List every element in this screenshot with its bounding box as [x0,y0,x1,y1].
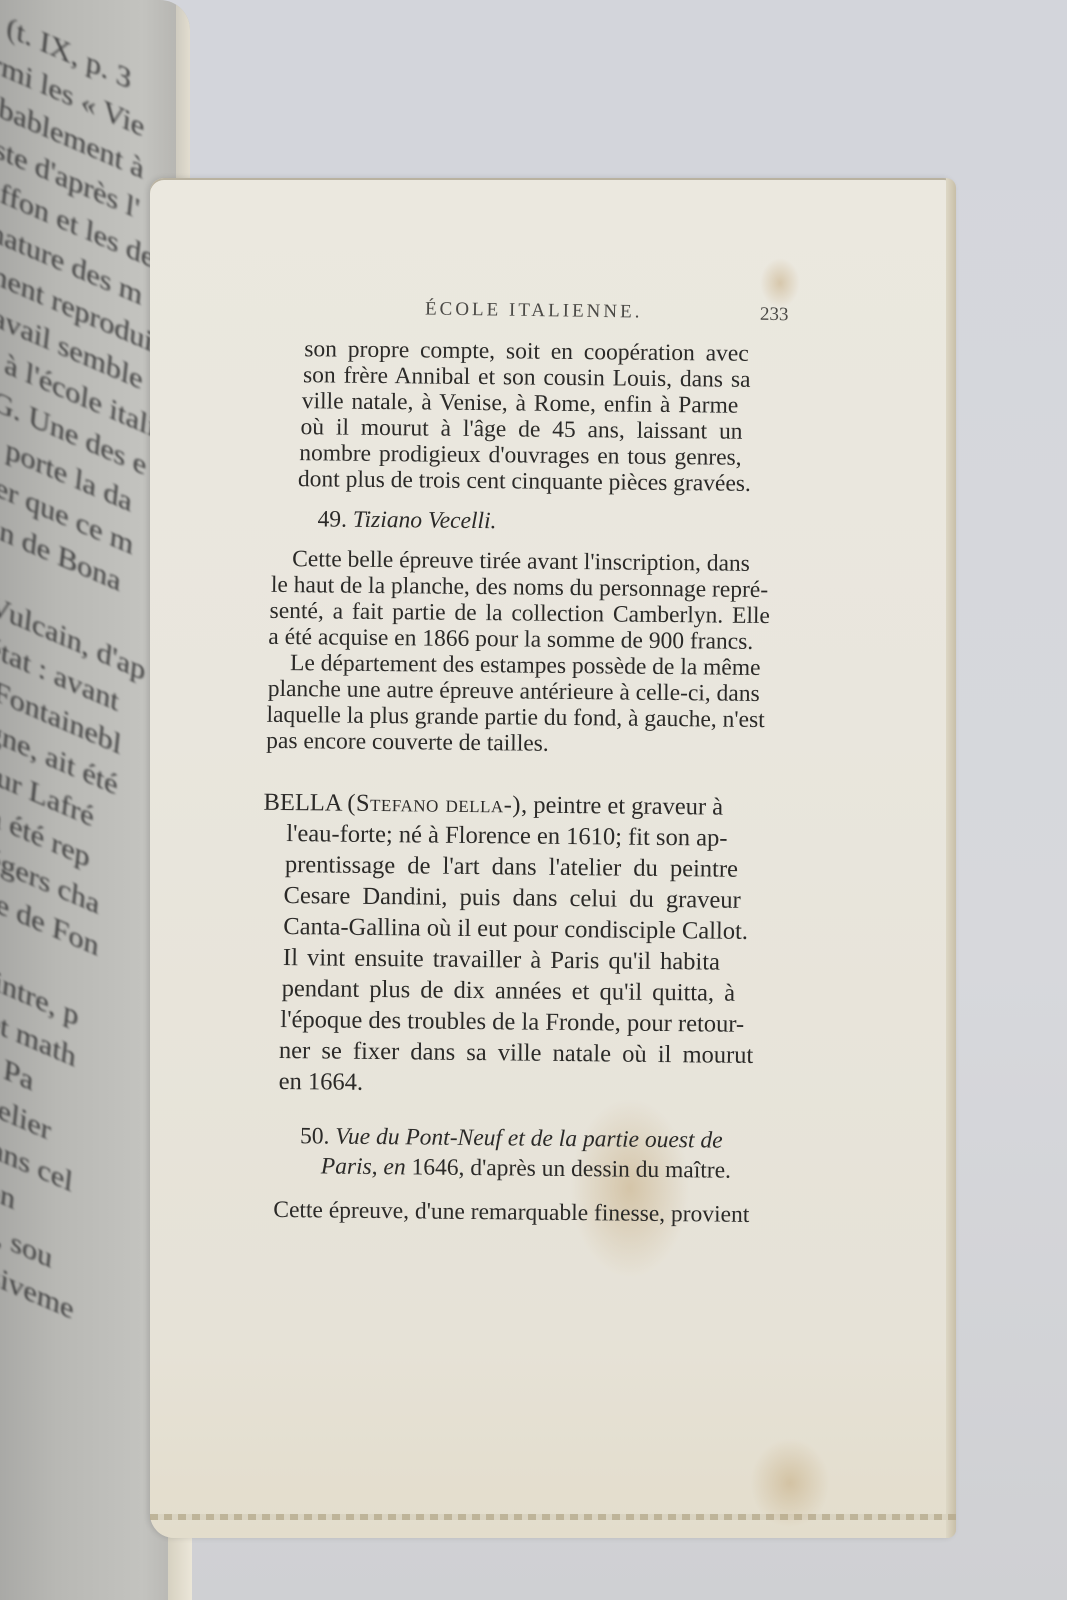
text-fragment: , peintre et graveur à [521,792,723,821]
item-number: 50. [300,1123,330,1149]
text-line: Canta-Gallina où il eut pour condisciple… [283,913,748,946]
page-number: 233 [760,304,789,326]
artist-name: BELLA [263,789,341,817]
item-number: 49. [317,506,347,532]
item-50-heading: 50. Vue du Pont-Neuf et de la partie oue… [300,1123,723,1154]
foxing-stain [750,1438,830,1528]
text-line: pendant plus de dix années et qu'il quit… [282,975,736,1008]
text-line: Cesare Dandini, puis dans celui du grave… [283,882,740,915]
deckled-bottom-edge [150,1514,956,1520]
right-page-edge [946,178,956,1538]
text-line: Cette épreuve, d'une remarquable finesse… [273,1197,749,1229]
text-line: en 1664. [279,1068,364,1097]
foxing-stain [760,258,800,308]
text-line: l'eau-forte; né à Florence en 1610; fit … [286,820,727,853]
text-line: l'époque des troubles de la Fronde, pour… [280,1006,744,1039]
item-title-italic: Paris, en [321,1153,406,1180]
running-head: ÉCOLE ITALIENNE. [425,298,643,323]
item-50-heading-line2: Paris, en 1646, d'après un dessin du maî… [321,1153,731,1184]
background-surface [180,0,1067,190]
foxing-stain [570,1098,690,1278]
text-line: dont plus de trois cent cinquante pièces… [298,466,751,498]
item-49-heading: 49. Tiziano Vecelli. [317,506,496,535]
text-fragment: , d'après un dessin du maître. [458,1155,731,1184]
item-year: 1646 [406,1154,459,1181]
artist-given-name: (Stefano della-) [347,790,521,819]
text-line: prentissage de l'art dans l'atelier du p… [285,851,738,884]
text-line: pas encore couverte de tailles. [266,728,549,758]
text-line: ner se fixer dans sa ville natale où il … [279,1037,754,1070]
item-title: Tiziano Vecelli. [353,507,497,535]
entry-bella-first-line: BELLA (Stefano della-), peintre et grave… [263,789,723,822]
text-line: Il vint ensuite travailler à Paris qu'il… [283,944,720,977]
item-title: Vue du Pont-Neuf et de la partie ouest d… [335,1124,722,1154]
